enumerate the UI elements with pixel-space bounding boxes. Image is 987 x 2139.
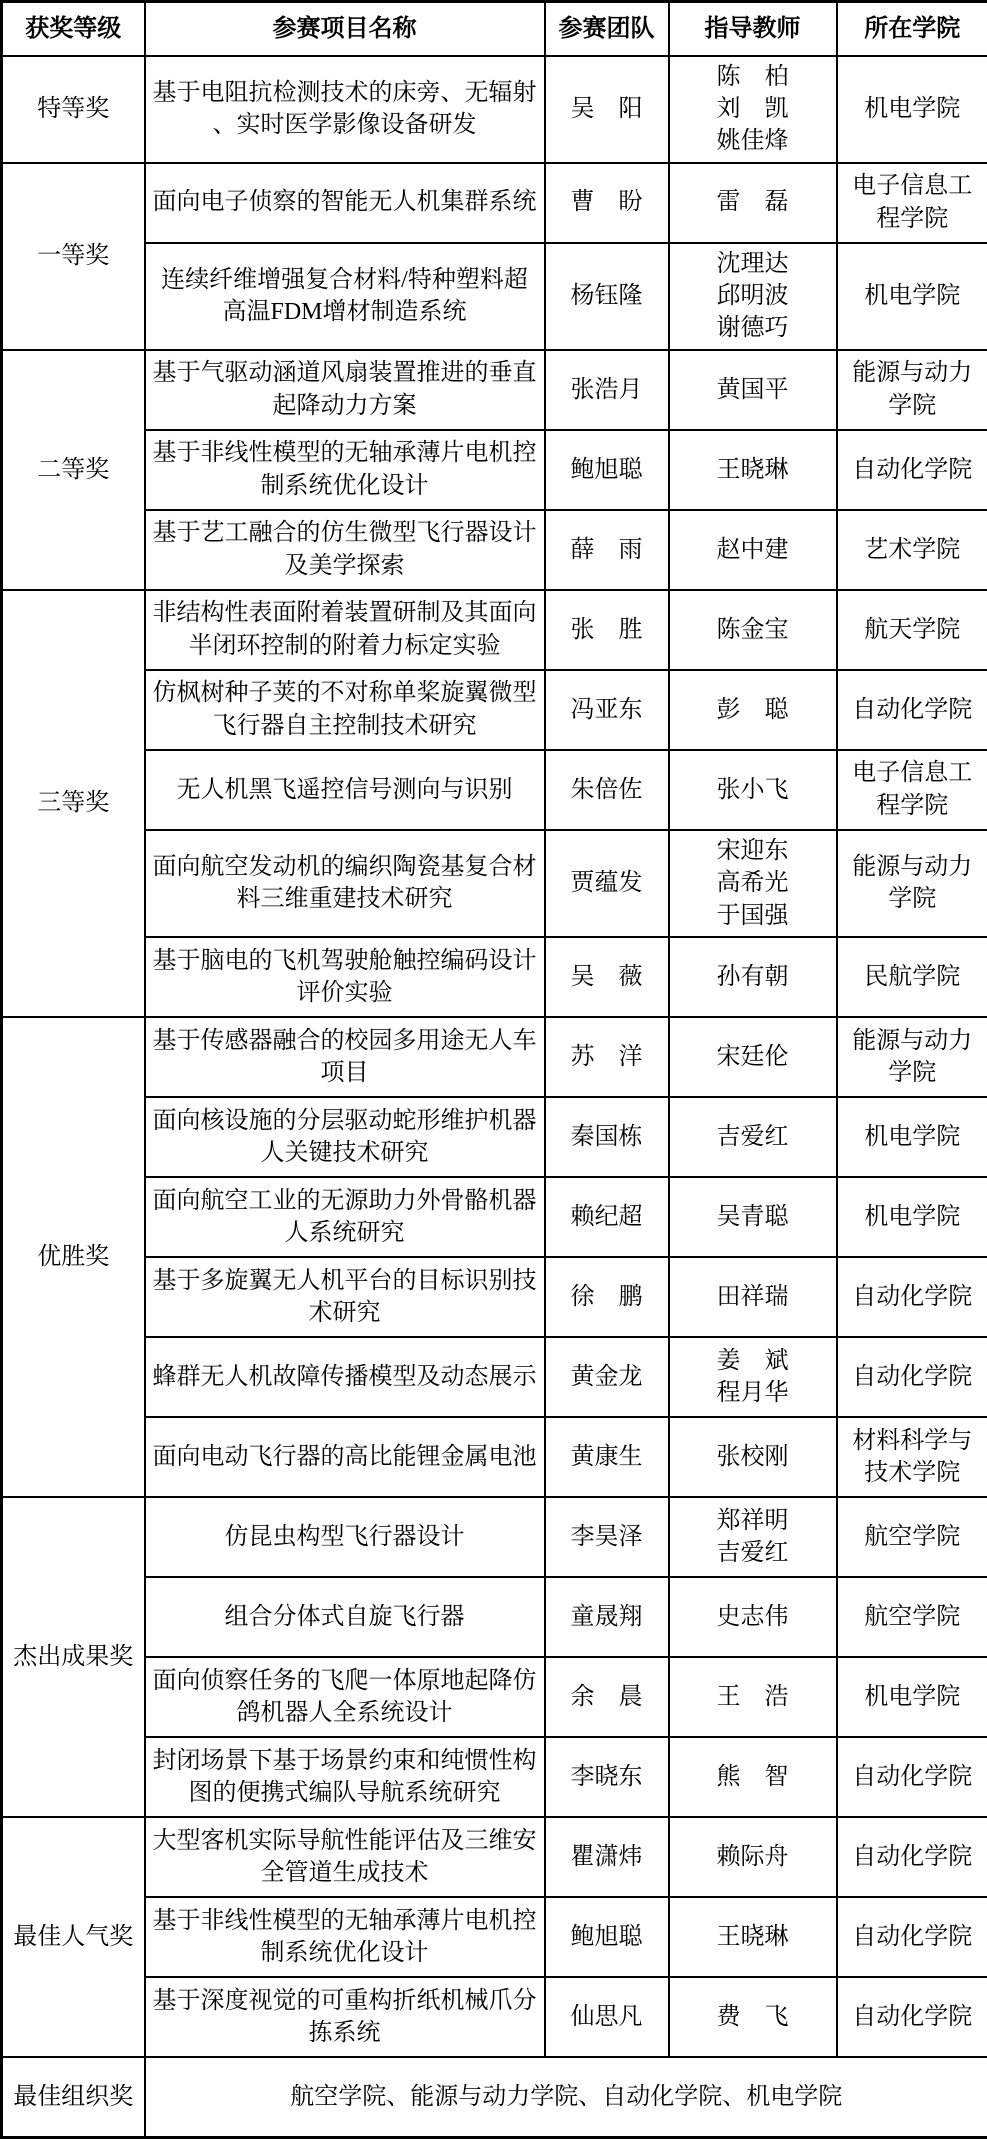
table-row: 二等奖基于气驱动涵道风扇装置推进的垂直起降动力方案张浩月黄国平能源与动力学院 — [2, 350, 987, 430]
project-cell: 面向核设施的分层驱动蛇形维护机器人关键技术研究 — [145, 1097, 545, 1177]
team-cell: 朱倍佐 — [545, 750, 669, 830]
teachers-cell: 张校刚 — [669, 1417, 837, 1497]
teacher-name: 刘 凯 — [672, 93, 834, 125]
teacher-name: 赖际舟 — [672, 1841, 834, 1873]
team-cell: 曹 盼 — [545, 163, 669, 243]
team-cell: 鲍旭聪 — [545, 430, 669, 510]
team-cell: 张浩月 — [545, 350, 669, 430]
table-row: 无人机黑飞遥控信号测向与识别朱倍佐张小飞电子信息工程学院 — [2, 750, 987, 830]
award-cell: 二等奖 — [2, 350, 145, 590]
col-header-2: 参赛团队 — [545, 2, 669, 56]
team-cell: 徐 鹏 — [545, 1257, 669, 1337]
teachers-cell: 费 飞 — [669, 1977, 837, 2057]
teacher-name: 王晓琳 — [672, 1921, 834, 1953]
teacher-name: 吴青聪 — [672, 1201, 834, 1233]
teachers-cell: 田祥瑞 — [669, 1257, 837, 1337]
college-cell: 航空学院 — [837, 1577, 987, 1657]
project-cell: 基于脑电的飞机驾驶舱触控编码设计评价实验 — [145, 937, 545, 1017]
table-row: 基于非线性模型的无轴承薄片电机控制系统优化设计鲍旭聪王晓琳自动化学院 — [2, 430, 987, 510]
project-cell: 基于非线性模型的无轴承薄片电机控制系统优化设计 — [145, 430, 545, 510]
teachers-cell: 沈理达邱明波谢德巧 — [669, 243, 837, 350]
team-cell: 鲍旭聪 — [545, 1897, 669, 1977]
teacher-name: 雷 磊 — [672, 186, 834, 218]
table-row: 面向航空工业的无源助力外骨骼机器人系统研究赖纪超吴青聪机电学院 — [2, 1177, 987, 1257]
project-cell: 仿枫树种子荚的不对称单桨旋翼微型飞行器自主控制技术研究 — [145, 670, 545, 750]
teachers-cell: 熊 智 — [669, 1737, 837, 1817]
college-cell: 民航学院 — [837, 937, 987, 1017]
team-cell: 余 晨 — [545, 1657, 669, 1737]
college-cell: 能源与动力学院 — [837, 1017, 987, 1097]
college-cell: 能源与动力学院 — [837, 350, 987, 430]
project-cell: 面向电动飞行器的高比能锂金属电池 — [145, 1417, 545, 1497]
table-row: 基于非线性模型的无轴承薄片电机控制系统优化设计鲍旭聪王晓琳自动化学院 — [2, 1897, 987, 1977]
college-cell: 自动化学院 — [837, 670, 987, 750]
table-row: 面向侦察任务的飞爬一体原地起降仿鸽机器人全系统设计余 晨王 浩机电学院 — [2, 1657, 987, 1737]
table-row: 封闭场景下基于场景约束和纯惯性构图的便携式编队导航系统研究李晓东熊 智自动化学院 — [2, 1737, 987, 1817]
awards-table: 获奖等级参赛项目名称参赛团队指导教师所在学院 特等奖基于电阻抗检测技术的床旁、无… — [0, 0, 987, 2139]
project-cell: 封闭场景下基于场景约束和纯惯性构图的便携式编队导航系统研究 — [145, 1737, 545, 1817]
teachers-cell: 郑祥明吉爱红 — [669, 1497, 837, 1577]
college-cell: 电子信息工程学院 — [837, 163, 987, 243]
table-row: 最佳组织奖航空学院、能源与动力学院、自动化学院、机电学院 — [2, 2057, 987, 2137]
table-row: 组合分体式自旋飞行器童晟翔史志伟航空学院 — [2, 1577, 987, 1657]
teacher-name: 孙有朝 — [672, 961, 834, 993]
team-cell: 黄金龙 — [545, 1337, 669, 1417]
col-header-1: 参赛项目名称 — [145, 2, 545, 56]
college-cell: 艺术学院 — [837, 510, 987, 590]
teachers-cell: 孙有朝 — [669, 937, 837, 1017]
teachers-cell: 雷 磊 — [669, 163, 837, 243]
project-cell: 基于艺工融合的仿生微型飞行器设计及美学探索 — [145, 510, 545, 590]
project-cell: 基于气驱动涵道风扇装置推进的垂直起降动力方案 — [145, 350, 545, 430]
team-cell: 仙思凡 — [545, 1977, 669, 2057]
project-cell: 基于非线性模型的无轴承薄片电机控制系统优化设计 — [145, 1897, 545, 1977]
college-cell: 电子信息工程学院 — [837, 750, 987, 830]
teacher-name: 熊 智 — [672, 1761, 834, 1793]
teachers-cell: 黄国平 — [669, 350, 837, 430]
org-colleges-cell: 航空学院、能源与动力学院、自动化学院、机电学院 — [145, 2057, 987, 2137]
header-row: 获奖等级参赛项目名称参赛团队指导教师所在学院 — [2, 2, 987, 56]
table-row: 基于多旋翼无人机平台的目标识别技术研究徐 鹏田祥瑞自动化学院 — [2, 1257, 987, 1337]
award-cell: 杰出成果奖 — [2, 1497, 145, 1817]
college-cell: 自动化学院 — [837, 1977, 987, 2057]
teacher-name: 姜 斌 — [672, 1345, 834, 1377]
table-row: 仿枫树种子荚的不对称单桨旋翼微型飞行器自主控制技术研究冯亚东彭 聪自动化学院 — [2, 670, 987, 750]
project-cell: 基于传感器融合的校园多用途无人车项目 — [145, 1017, 545, 1097]
table-row: 面向核设施的分层驱动蛇形维护机器人关键技术研究秦国栋吉爱红机电学院 — [2, 1097, 987, 1177]
college-cell: 能源与动力学院 — [837, 830, 987, 937]
teachers-cell: 陈 柏刘 凯姚佳烽 — [669, 56, 837, 163]
team-cell: 贾蕴发 — [545, 830, 669, 937]
team-cell: 杨钰隆 — [545, 243, 669, 350]
teachers-cell: 赵中建 — [669, 510, 837, 590]
teacher-name: 郑祥明 — [672, 1505, 834, 1537]
college-cell: 自动化学院 — [837, 1337, 987, 1417]
team-cell: 吴 薇 — [545, 937, 669, 1017]
teacher-name: 程月华 — [672, 1377, 834, 1409]
college-cell: 自动化学院 — [837, 430, 987, 510]
team-cell: 薛 雨 — [545, 510, 669, 590]
college-cell: 机电学院 — [837, 1097, 987, 1177]
table-row: 最佳人气奖大型客机实际导航性能评估及三维安全管道生成技术瞿潇炜赖际舟自动化学院 — [2, 1817, 987, 1897]
table-row: 蜂群无人机故障传播模型及动态展示黄金龙姜 斌程月华自动化学院 — [2, 1337, 987, 1417]
table-row: 特等奖基于电阻抗检测技术的床旁、无辐射、实时医学影像设备研发吴 阳陈 柏刘 凯姚… — [2, 56, 987, 163]
teachers-cell: 张小飞 — [669, 750, 837, 830]
project-cell: 基于深度视觉的可重构折纸机械爪分拣系统 — [145, 1977, 545, 2057]
project-cell: 面向航空发动机的编织陶瓷基复合材料三维重建技术研究 — [145, 830, 545, 937]
project-cell: 非结构性表面附着装置研制及其面向半闭环控制的附着力标定实验 — [145, 590, 545, 670]
table-row: 面向电动飞行器的高比能锂金属电池黄康生张校刚材料科学与技术学院 — [2, 1417, 987, 1497]
teacher-name: 谢德巧 — [672, 312, 834, 344]
team-cell: 秦国栋 — [545, 1097, 669, 1177]
project-cell: 大型客机实际导航性能评估及三维安全管道生成技术 — [145, 1817, 545, 1897]
award-cell: 最佳人气奖 — [2, 1817, 145, 2057]
teachers-cell: 陈金宝 — [669, 590, 837, 670]
teachers-cell: 宋迎东高希光于国强 — [669, 830, 837, 937]
teacher-name: 高希光 — [672, 867, 834, 899]
table-row: 基于艺工融合的仿生微型飞行器设计及美学探索薛 雨赵中建艺术学院 — [2, 510, 987, 590]
teacher-name: 宋廷伦 — [672, 1041, 834, 1073]
college-cell: 自动化学院 — [837, 1737, 987, 1817]
team-cell: 吴 阳 — [545, 56, 669, 163]
team-cell: 赖纪超 — [545, 1177, 669, 1257]
team-cell: 李昊泽 — [545, 1497, 669, 1577]
table-row: 三等奖非结构性表面附着装置研制及其面向半闭环控制的附着力标定实验张 胜陈金宝航天… — [2, 590, 987, 670]
teacher-name: 姚佳烽 — [672, 125, 834, 157]
table-row: 面向航空发动机的编织陶瓷基复合材料三维重建技术研究贾蕴发宋迎东高希光于国强能源与… — [2, 830, 987, 937]
teacher-name: 宋迎东 — [672, 835, 834, 867]
table-row: 杰出成果奖仿昆虫构型飞行器设计李昊泽郑祥明吉爱红航空学院 — [2, 1497, 987, 1577]
college-cell: 材料科学与技术学院 — [837, 1417, 987, 1497]
team-cell: 苏 洋 — [545, 1017, 669, 1097]
team-cell: 冯亚东 — [545, 670, 669, 750]
teachers-cell: 姜 斌程月华 — [669, 1337, 837, 1417]
college-cell: 机电学院 — [837, 1177, 987, 1257]
teachers-cell: 王 浩 — [669, 1657, 837, 1737]
teachers-cell: 吉爱红 — [669, 1097, 837, 1177]
teachers-cell: 宋廷伦 — [669, 1017, 837, 1097]
teacher-name: 王 浩 — [672, 1681, 834, 1713]
award-cell: 三等奖 — [2, 590, 145, 1017]
award-cell: 最佳组织奖 — [2, 2057, 145, 2137]
teacher-name: 邱明波 — [672, 280, 834, 312]
table-row: 一等奖面向电子侦察的智能无人机集群系统曹 盼雷 磊电子信息工程学院 — [2, 163, 987, 243]
teacher-name: 田祥瑞 — [672, 1281, 834, 1313]
project-cell: 无人机黑飞遥控信号测向与识别 — [145, 750, 545, 830]
college-cell: 机电学院 — [837, 243, 987, 350]
teacher-name: 吉爱红 — [672, 1121, 834, 1153]
teachers-cell: 史志伟 — [669, 1577, 837, 1657]
project-cell: 面向电子侦察的智能无人机集群系统 — [145, 163, 545, 243]
table-row: 基于深度视觉的可重构折纸机械爪分拣系统仙思凡费 飞自动化学院 — [2, 1977, 987, 2057]
award-cell: 特等奖 — [2, 56, 145, 163]
teachers-cell: 彭 聪 — [669, 670, 837, 750]
team-cell: 童晟翔 — [545, 1577, 669, 1657]
teacher-name: 吉爱红 — [672, 1537, 834, 1569]
col-header-3: 指导教师 — [669, 2, 837, 56]
team-cell: 张 胜 — [545, 590, 669, 670]
table-row: 优胜奖基于传感器融合的校园多用途无人车项目苏 洋宋廷伦能源与动力学院 — [2, 1017, 987, 1097]
table-row: 基于脑电的飞机驾驶舱触控编码设计评价实验吴 薇孙有朝民航学院 — [2, 937, 987, 1017]
col-header-4: 所在学院 — [837, 2, 987, 56]
teacher-name: 史志伟 — [672, 1601, 834, 1633]
college-cell: 航空学院 — [837, 1497, 987, 1577]
teacher-name: 陈金宝 — [672, 614, 834, 646]
college-cell: 自动化学院 — [837, 1817, 987, 1897]
teacher-name: 黄国平 — [672, 374, 834, 406]
team-cell: 黄康生 — [545, 1417, 669, 1497]
project-cell: 基于电阻抗检测技术的床旁、无辐射、实时医学影像设备研发 — [145, 56, 545, 163]
teacher-name: 张小飞 — [672, 774, 834, 806]
col-header-0: 获奖等级 — [2, 2, 145, 56]
table-row: 连续纤维增强复合材料/特种塑料超高温FDM增材制造系统杨钰隆沈理达邱明波谢德巧机… — [2, 243, 987, 350]
teachers-cell: 吴青聪 — [669, 1177, 837, 1257]
award-cell: 一等奖 — [2, 163, 145, 350]
teacher-name: 王晓琳 — [672, 454, 834, 486]
project-cell: 仿昆虫构型飞行器设计 — [145, 1497, 545, 1577]
teachers-cell: 王晓琳 — [669, 1897, 837, 1977]
project-cell: 蜂群无人机故障传播模型及动态展示 — [145, 1337, 545, 1417]
college-cell: 自动化学院 — [837, 1897, 987, 1977]
team-cell: 李晓东 — [545, 1737, 669, 1817]
teacher-name: 于国强 — [672, 900, 834, 932]
teacher-name: 费 飞 — [672, 2001, 834, 2033]
teachers-cell: 王晓琳 — [669, 430, 837, 510]
teachers-cell: 赖际舟 — [669, 1817, 837, 1897]
college-cell: 航天学院 — [837, 590, 987, 670]
teacher-name: 沈理达 — [672, 248, 834, 280]
teacher-name: 陈 柏 — [672, 61, 834, 93]
table-body: 特等奖基于电阻抗检测技术的床旁、无辐射、实时医学影像设备研发吴 阳陈 柏刘 凯姚… — [2, 56, 987, 2138]
project-cell: 面向侦察任务的飞爬一体原地起降仿鸽机器人全系统设计 — [145, 1657, 545, 1737]
teacher-name: 张校刚 — [672, 1441, 834, 1473]
project-cell: 面向航空工业的无源助力外骨骼机器人系统研究 — [145, 1177, 545, 1257]
teacher-name: 赵中建 — [672, 534, 834, 566]
college-cell: 自动化学院 — [837, 1257, 987, 1337]
college-cell: 机电学院 — [837, 1657, 987, 1737]
project-cell: 基于多旋翼无人机平台的目标识别技术研究 — [145, 1257, 545, 1337]
project-cell: 连续纤维增强复合材料/特种塑料超高温FDM增材制造系统 — [145, 243, 545, 350]
award-cell: 优胜奖 — [2, 1017, 145, 1497]
college-cell: 机电学院 — [837, 56, 987, 163]
project-cell: 组合分体式自旋飞行器 — [145, 1577, 545, 1657]
team-cell: 瞿潇炜 — [545, 1817, 669, 1897]
teacher-name: 彭 聪 — [672, 694, 834, 726]
